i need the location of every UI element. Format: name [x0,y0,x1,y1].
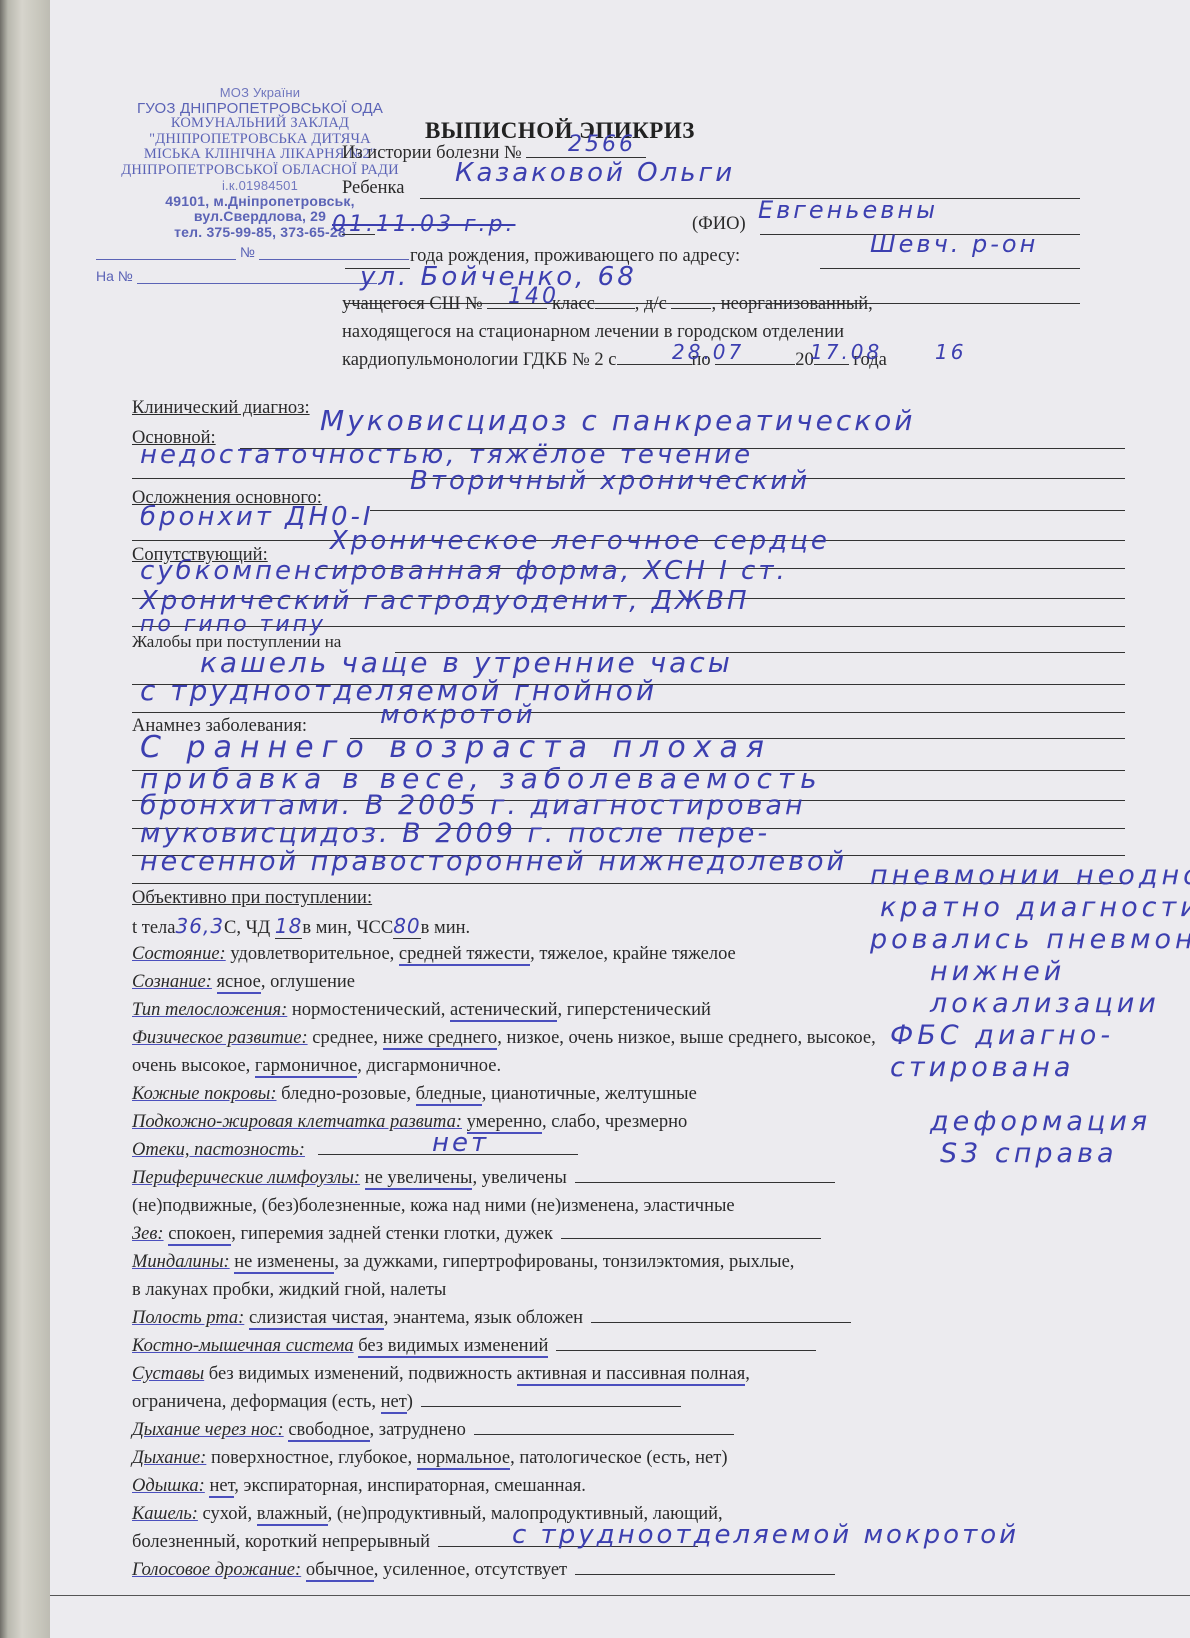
objective-item-label: Суставы [132,1364,204,1384]
objective-item-options[interactable]: не увеличены, увеличены [365,1168,567,1190]
objective-item: Полость рта: слизистая чистая, энантема,… [132,1308,1125,1329]
objective-item: Тип телосложения: нормостенический, асте… [132,1000,1125,1021]
date-to[interactable]: 17.08 [810,340,882,364]
selected-option[interactable]: гармоничное [255,1056,357,1078]
objective-item: в лакунах пробки, жидкий гной, налеты [132,1280,1125,1301]
objective-item: (не)подвижные, (без)болезненные, кожа на… [132,1196,1125,1217]
objective-item-label: Подкожно-жировая клетчатка развита: [132,1112,462,1132]
objective-item-options[interactable]: (не)подвижные, (без)болезненные, кожа на… [132,1196,735,1216]
anamnesis-3[interactable]: бронхитами. В 2005 г. диагностирован [140,790,806,821]
child-name[interactable]: Казаковой Ольги [455,158,735,188]
objective-item-options[interactable]: нормостенический, астенический, гиперсте… [292,1000,711,1022]
document-title: ВЫПИСНОЙ ЭПИКРИЗ [425,118,695,144]
objective-item-label: Сознание: [132,972,212,992]
hr-unit: в мин. [421,918,471,938]
fill-line [561,1237,821,1239]
rule [370,510,1125,511]
rr-unit: в мин, ЧСС [302,918,393,938]
page-bottom-rule [50,1595,1190,1596]
objective-item-label: Миндалины: [132,1252,230,1272]
objective-item: Физическое развитие: среднее, ниже средн… [132,1028,1125,1049]
page-binding-edge [0,0,50,1638]
selected-option[interactable]: без видимых изменений [358,1336,548,1358]
objective-item-options[interactable]: ограничена, деформация (есть, нет) [132,1392,413,1414]
complications-1[interactable]: Вторичный хронический [410,466,810,496]
objective-item-label: Физическое развитие: [132,1028,308,1048]
address-line [820,268,1080,269]
objective-item-options[interactable]: не изменены, за дужками, гипертрофирован… [234,1252,794,1274]
selected-option[interactable]: обычное [306,1560,374,1582]
selected-option[interactable]: средней тяжести [399,944,530,966]
fill-line [474,1433,734,1435]
objective-item-options[interactable]: удовлетворительное, средней тяжести, тяж… [230,944,735,966]
history-number[interactable]: 2566 [568,132,636,157]
objective-item-options[interactable]: среднее, ниже среднего, низкое, очень ни… [312,1028,875,1050]
stamp-line: МОЗ України [100,85,420,101]
school-number[interactable]: 140 [508,284,559,309]
objective-item-options[interactable]: очень высокое, гармоничное, дисгармоничн… [132,1056,501,1078]
anamnesis-4[interactable]: муковисцидоз. В 2009 г. после пере- [140,818,770,849]
fill-line [556,1349,816,1351]
selected-option[interactable]: астенический [450,1000,558,1022]
objective-item: Суставы без видимых изменений, подвижнос… [132,1364,1125,1385]
objective-item: ограничена, деформация (есть, нет) [132,1392,1125,1413]
objective-item-options[interactable]: бледно-розовые, бледные, цианотичные, же… [281,1084,697,1106]
child-name-line [420,198,1080,199]
selected-option[interactable]: свободное [288,1420,369,1442]
objective-item-options[interactable]: слизистая чистая, энантема, язык обложен [249,1308,583,1330]
selected-option[interactable]: нет [381,1392,407,1414]
selected-option[interactable]: ясное [217,972,261,994]
objective-item-label: Зев: [132,1224,164,1244]
objective-item-options[interactable]: умеренно, слабо, чрезмерно [467,1112,688,1134]
stamp-line: ДНІПРОПЕТРОВСЬКОЇ ОБЛАСНОЇ РАДИ [100,163,420,179]
address-line-2[interactable]: ул. Бойченко, 68 [360,262,637,292]
child-label: Ребенка [342,178,404,198]
reply-label: На № [96,268,133,284]
anamnesis-0[interactable]: мокротой [380,700,536,730]
objective-item: Костно-мышечная система без видимых изме… [132,1336,1125,1357]
anamnesis-1[interactable]: С раннего возраста плохая [140,730,772,765]
selected-option[interactable]: ниже среднего [383,1028,498,1050]
number-label: № [240,244,255,260]
objective-item-label: Голосовое дрожание: [132,1560,301,1580]
concomitant-1[interactable]: Хроническое легочное сердце [330,526,830,556]
objective-item: Подкожно-жировая клетчатка развита: умер… [132,1112,1125,1133]
main-diagnosis-1[interactable]: Муковисцидоз с панкреатической [320,404,915,437]
objective-item: Дыхание через нос: свободное, затруднено [132,1420,1125,1441]
objective-item: болезненный, короткий непрерывныйс трудн… [132,1532,1125,1553]
unorganized-label: , неорганизованный, [711,294,872,314]
address-line-1[interactable]: Шевч. р-он [870,230,1038,258]
objective-item-options[interactable]: болезненный, короткий непрерывный [132,1532,430,1552]
handwritten-entry[interactable]: с трудноотделяемой мокротой [512,1520,1019,1550]
objective-item: Сознание: ясное, оглушение [132,972,1125,993]
objective-item: очень высокое, гармоничное, дисгармоничн… [132,1056,1125,1077]
objective-item: Отеки, пастозность: нет [132,1140,1125,1161]
fill-line [575,1573,835,1575]
objective-item-options[interactable]: нет, экспираторная, инспираторная, смеша… [209,1476,585,1498]
birth-date[interactable]: 01.11.03 г.р. [332,212,515,237]
objective-item-options[interactable]: без видимых изменений [358,1336,548,1358]
school-label: учащегося СШ № [342,294,483,314]
stamp-line: КОМУНАЛЬНИЙ ЗАКЛАД [100,116,420,132]
objective-item-options[interactable]: поверхностное, глубокое, нормальное, пат… [211,1448,728,1470]
temp-value[interactable]: 36,3 [176,914,225,938]
objective-item-label: Тип телосложения: [132,1000,287,1020]
objective-item-label: Состояние: [132,944,226,964]
anamnesis-5[interactable]: несенной правосторонней нижнедолевой [140,846,847,877]
objective-item-label: Кожные покровы: [132,1084,277,1104]
selected-option[interactable]: спокоен [168,1224,231,1246]
objective-item-options[interactable]: ясное, оглушение [217,972,355,994]
selected-option[interactable]: влажный [257,1504,328,1526]
diagnosis-label: Клинический диагноз: [132,398,310,418]
stamp-line: ГУОЗ ДНІПРОПЕТРОВСЬКОЇ ОДА [100,101,420,117]
year-suffix[interactable]: 16 [935,340,966,364]
objective-item-label: Отеки, пастозность: [132,1140,305,1160]
objective-row: Объективно при поступлении: [132,888,1125,909]
objective-item: Дыхание: поверхностное, глубокое, нормал… [132,1448,1125,1469]
selected-option[interactable]: нормальное [417,1448,510,1470]
concomitant-2[interactable]: субкомпенсированная форма, ХСН I ст. [140,556,788,586]
school-row: учащегося СШ № класс, д/с , неорганизова… [342,294,1125,315]
rule [132,712,1125,713]
objective-item: Кожные покровы: бледно-розовые, бледные,… [132,1084,1125,1105]
dept-label: кардиопульмонологии ГДКБ № 2 с [342,350,617,370]
fill-line [421,1405,681,1407]
objective-item: Одышка: нет, экспираторная, инспираторна… [132,1476,1125,1497]
vitals-row: t тела36,3С, ЧД 18в мин, ЧСС80в мин. [132,914,1125,939]
selected-option[interactable]: бледные [416,1084,482,1106]
patronymic[interactable]: Евгеньевны [758,196,938,224]
hr-value[interactable]: 80 [393,914,420,939]
objective-label: Объективно при поступлении: [132,888,372,908]
objective-item: Состояние: удовлетворительное, средней т… [132,944,1125,965]
objective-item: Зев: спокоен, гиперемия задней стенки гл… [132,1224,1125,1245]
selected-option[interactable]: слизистая чистая [249,1308,384,1330]
date-from[interactable]: 28.07 [672,340,744,364]
objective-item-label: Дыхание: [132,1448,206,1468]
selected-option[interactable]: нет [209,1476,234,1498]
objective-item-label: Костно-мышечная система [132,1336,354,1356]
fio-label: (ФИО) [692,214,746,234]
outgoing-number: № [96,244,409,260]
handwritten-entry[interactable]: нет [432,1128,489,1158]
objective-item-options[interactable]: без видимых изменений, подвижность актив… [209,1364,750,1386]
reply-number: На № [96,268,377,284]
objective-item-label: Периферические лимфоузлы: [132,1168,360,1188]
selected-option[interactable]: не изменены [234,1252,334,1274]
objective-item: Периферические лимфоузлы: не увеличены, … [132,1168,1125,1189]
fill-line [591,1321,851,1323]
objective-item: Миндалины: не изменены, за дужками, гипе… [132,1252,1125,1273]
selected-option[interactable]: не увеличены [365,1168,473,1190]
objective-item-options[interactable]: обычное, усиленное, отсутствует [306,1560,567,1582]
objective-item-label: Полость рта: [132,1308,244,1328]
objective-item-label: Кашель: [132,1504,198,1524]
objective-item-options[interactable]: в лакунах пробки, жидкий гной, налеты [132,1280,446,1300]
kindergarten-label: , д/с [635,294,667,314]
objective-item-label: Дыхание через нос: [132,1420,284,1440]
objective-item-label: Одышка: [132,1476,205,1496]
temp-unit: С, ЧД [224,918,270,938]
objective-item: Голосовое дрожание: обычное, усиленное, … [132,1560,1125,1581]
selected-option[interactable]: активная и пассивная полная [517,1364,746,1386]
rr-value[interactable]: 18 [275,914,302,939]
objective-item-options[interactable]: спокоен, гиперемия задней стенки глотки,… [168,1224,553,1246]
fill-line [575,1181,835,1183]
objective-item-options[interactable]: свободное, затруднено [288,1420,466,1442]
temp-label: t тела [132,918,176,938]
